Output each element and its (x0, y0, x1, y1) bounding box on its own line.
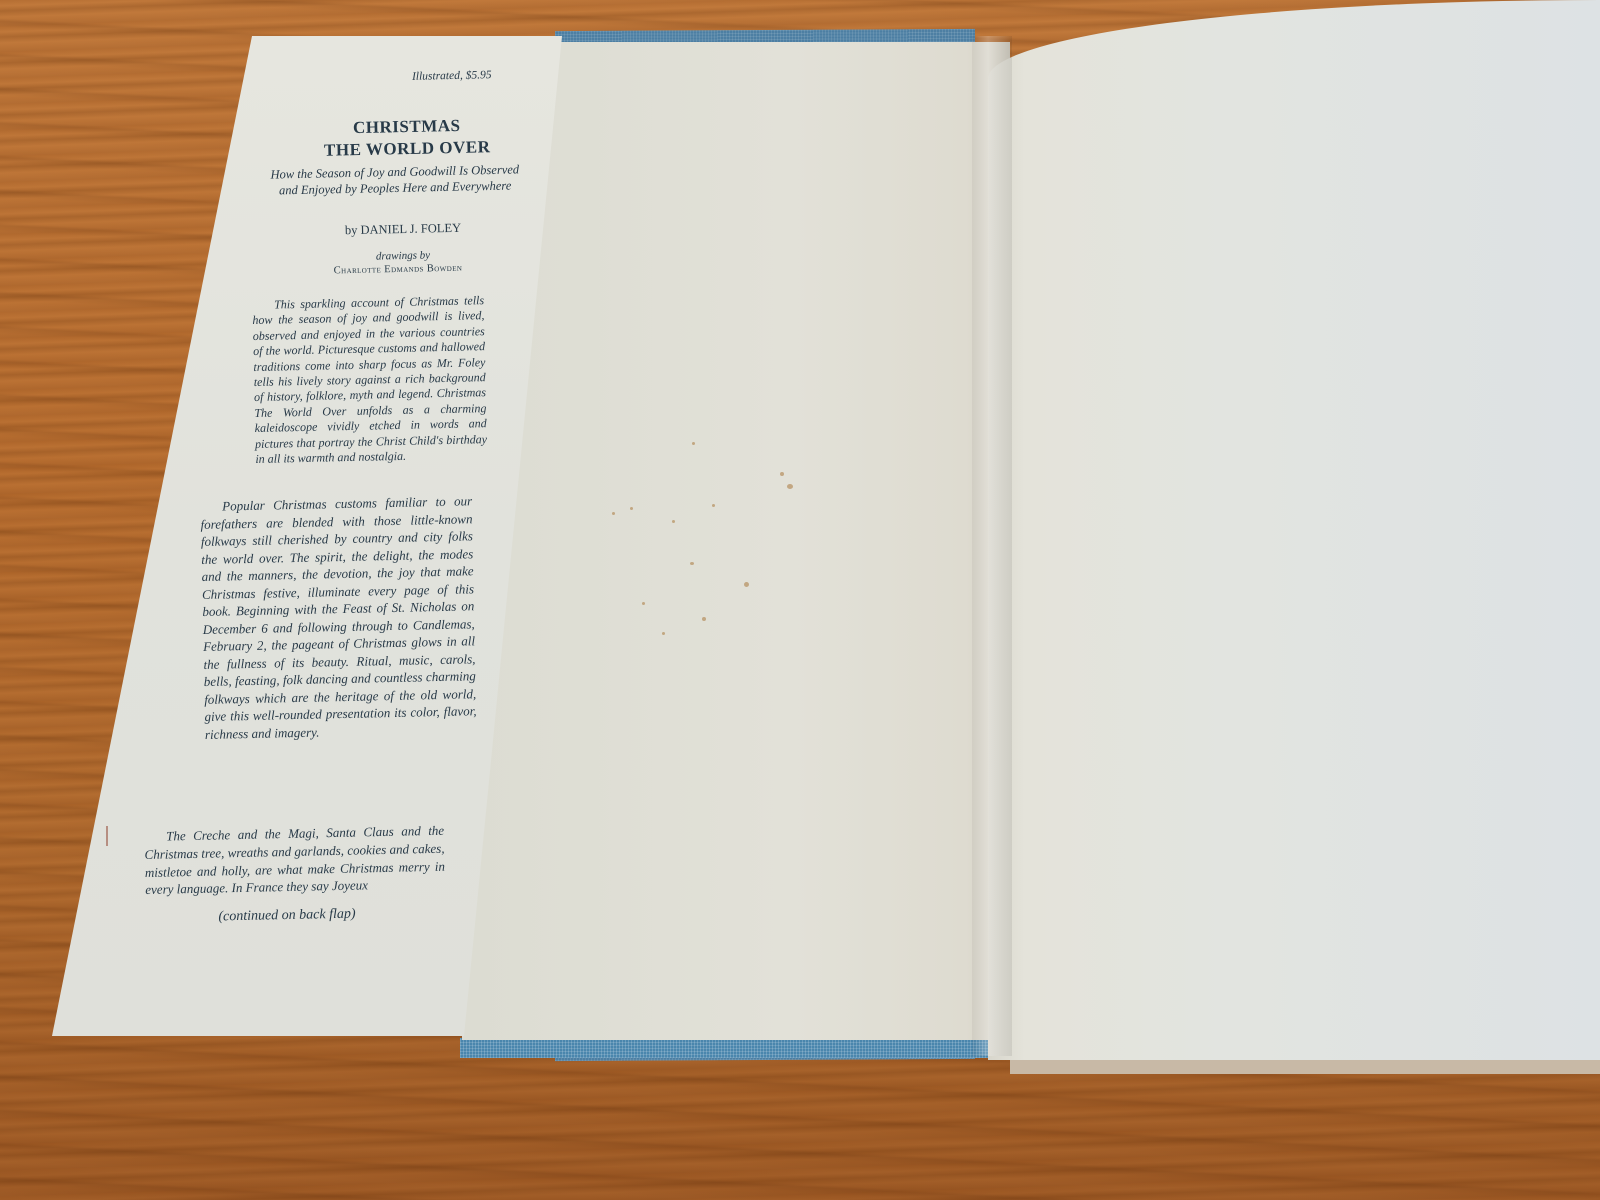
foxing-spot (787, 484, 793, 489)
foxing-spot (630, 507, 633, 510)
foxing-spot (612, 512, 615, 515)
price-label: Illustrated, $5.95 (412, 69, 492, 83)
foxing-spot (672, 520, 675, 523)
book-title: CHRISTMAS THE WORLD OVER (287, 113, 528, 162)
continued-note: (continued on back flap) (182, 906, 392, 926)
book-subtitle: How the Season of Joy and Goodwill Is Ob… (260, 161, 531, 199)
foxing-spot (662, 632, 665, 635)
blurb-paragraph-1: This sparkling account of Christmas tell… (252, 293, 488, 473)
book-gutter (972, 36, 1012, 1056)
title-line-2: THE WORLD OVER (287, 135, 527, 162)
foxing-spot (744, 582, 749, 587)
foxing-spot (692, 442, 695, 445)
blurb-paragraph-2: Popular Christmas customs familiar to ou… (200, 492, 477, 749)
author-byline: by DANIEL J. FOLEY (288, 220, 518, 240)
illustrator-name: Charlotte Edmands Bowden (278, 261, 518, 277)
foxing-spot (712, 504, 715, 507)
foxing-spot (780, 472, 784, 476)
blurb-paragraph-3: The Creche and the Magi, Santa Claus and… (144, 822, 446, 905)
right-page (988, 0, 1600, 1060)
cloth-cover-edge-bottom (460, 1038, 1010, 1058)
edge-mark (106, 826, 108, 846)
foxing-spot (702, 617, 706, 621)
foxing-spot (642, 602, 645, 605)
foxing-spot (690, 562, 694, 565)
